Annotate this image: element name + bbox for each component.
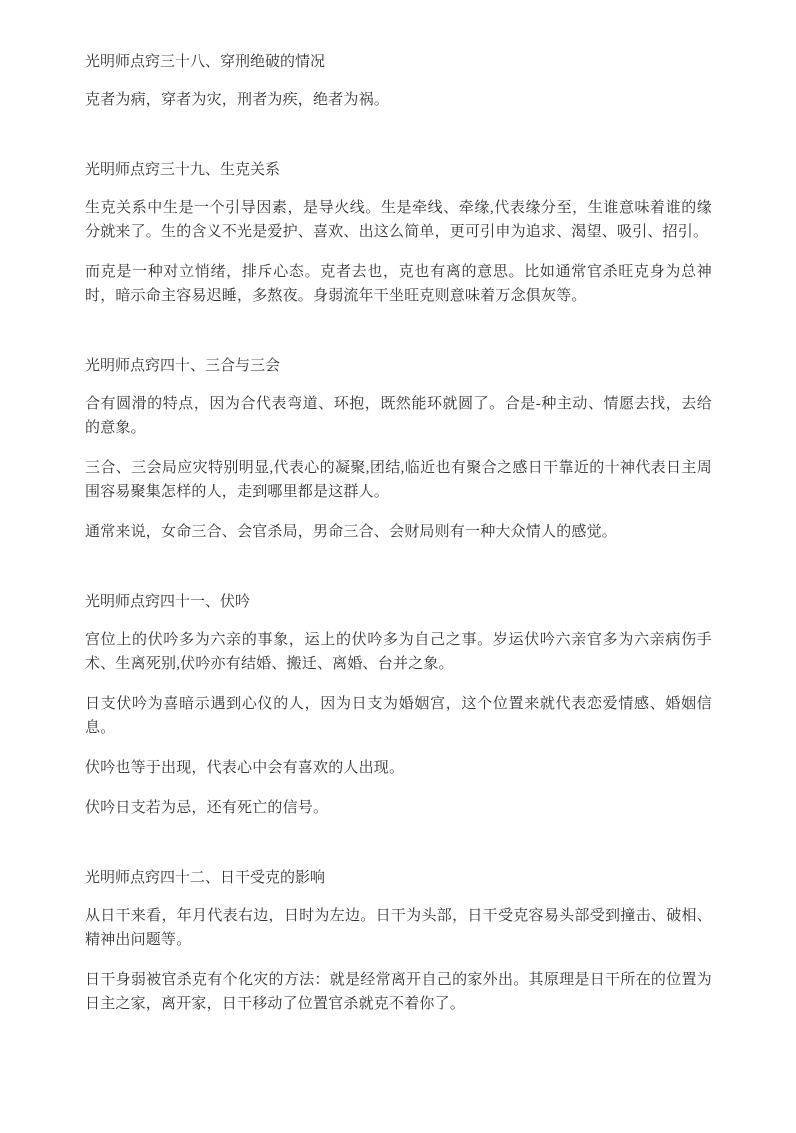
section-heading: 光明师点窍四十一、伏吟 bbox=[85, 590, 712, 614]
paragraph: 日支伏吟为喜暗示遇到心仪的人，因为日支为婚姻宫，这个位置来就代表恋爱情感、婚姻信… bbox=[85, 692, 712, 740]
paragraph: 而克是一种对立悄绪，排斥心态。克者去也，克也有离的意思。比如通常官杀旺克身为总神… bbox=[85, 260, 712, 308]
section-heading: 光明师点窍四十二、日干受克的影响 bbox=[85, 866, 712, 890]
paragraph: 伏吟日支若为忌，还有死亡的信号。 bbox=[85, 796, 712, 820]
paragraph: 从日干来看，年月代表右边，日时为左边。日干为头部，日干受克容易头部受到撞击、破相… bbox=[85, 904, 712, 952]
paragraph: 伏吟也等于出现，代表心中会有喜欢的人出现。 bbox=[85, 756, 712, 780]
paragraph: 日干身弱被官杀克有个化灾的方法：就是经常离开自己的家外出。其原理是日干所在的位置… bbox=[85, 968, 712, 1016]
paragraph: 克者为病，穿者为灾，刑者为疾，绝者为祸。 bbox=[85, 88, 712, 112]
paragraph: 合有圆滑的特点，因为合代表弯道、环抱，既然能环就圆了。合是-种主动、情愿去找，去… bbox=[85, 392, 712, 440]
section-heading: 光明师点窍四十、三合与三会 bbox=[85, 354, 712, 378]
section-heading: 光明师点窍三十八、穿刑绝破的情况 bbox=[85, 50, 712, 74]
paragraph: 三合、三会局应灾特别明显,代表心的凝聚,团结,临近也有聚合之感日干靠近的十神代表… bbox=[85, 456, 712, 504]
paragraph: 生克关系中生是一个引导因素，是导火线。生是牵线、牵缘,代表缘分至，生谁意味着谁的… bbox=[85, 196, 712, 244]
paragraph: 通常来说，女命三合、会官杀局，男命三合、会财局则有一种大众情人的感觉。 bbox=[85, 520, 712, 544]
section-heading: 光明师点窍三十九、生克关系 bbox=[85, 158, 712, 182]
paragraph: 宫位上的伏吟多为六亲的事象，运上的伏吟多为自己之事。岁运伏吟六亲官多为六亲病伤手… bbox=[85, 628, 712, 676]
document-page: 光明师点窍三十八、穿刑绝破的情况 克者为病，穿者为灾，刑者为疾，绝者为祸。 光明… bbox=[0, 0, 796, 1133]
